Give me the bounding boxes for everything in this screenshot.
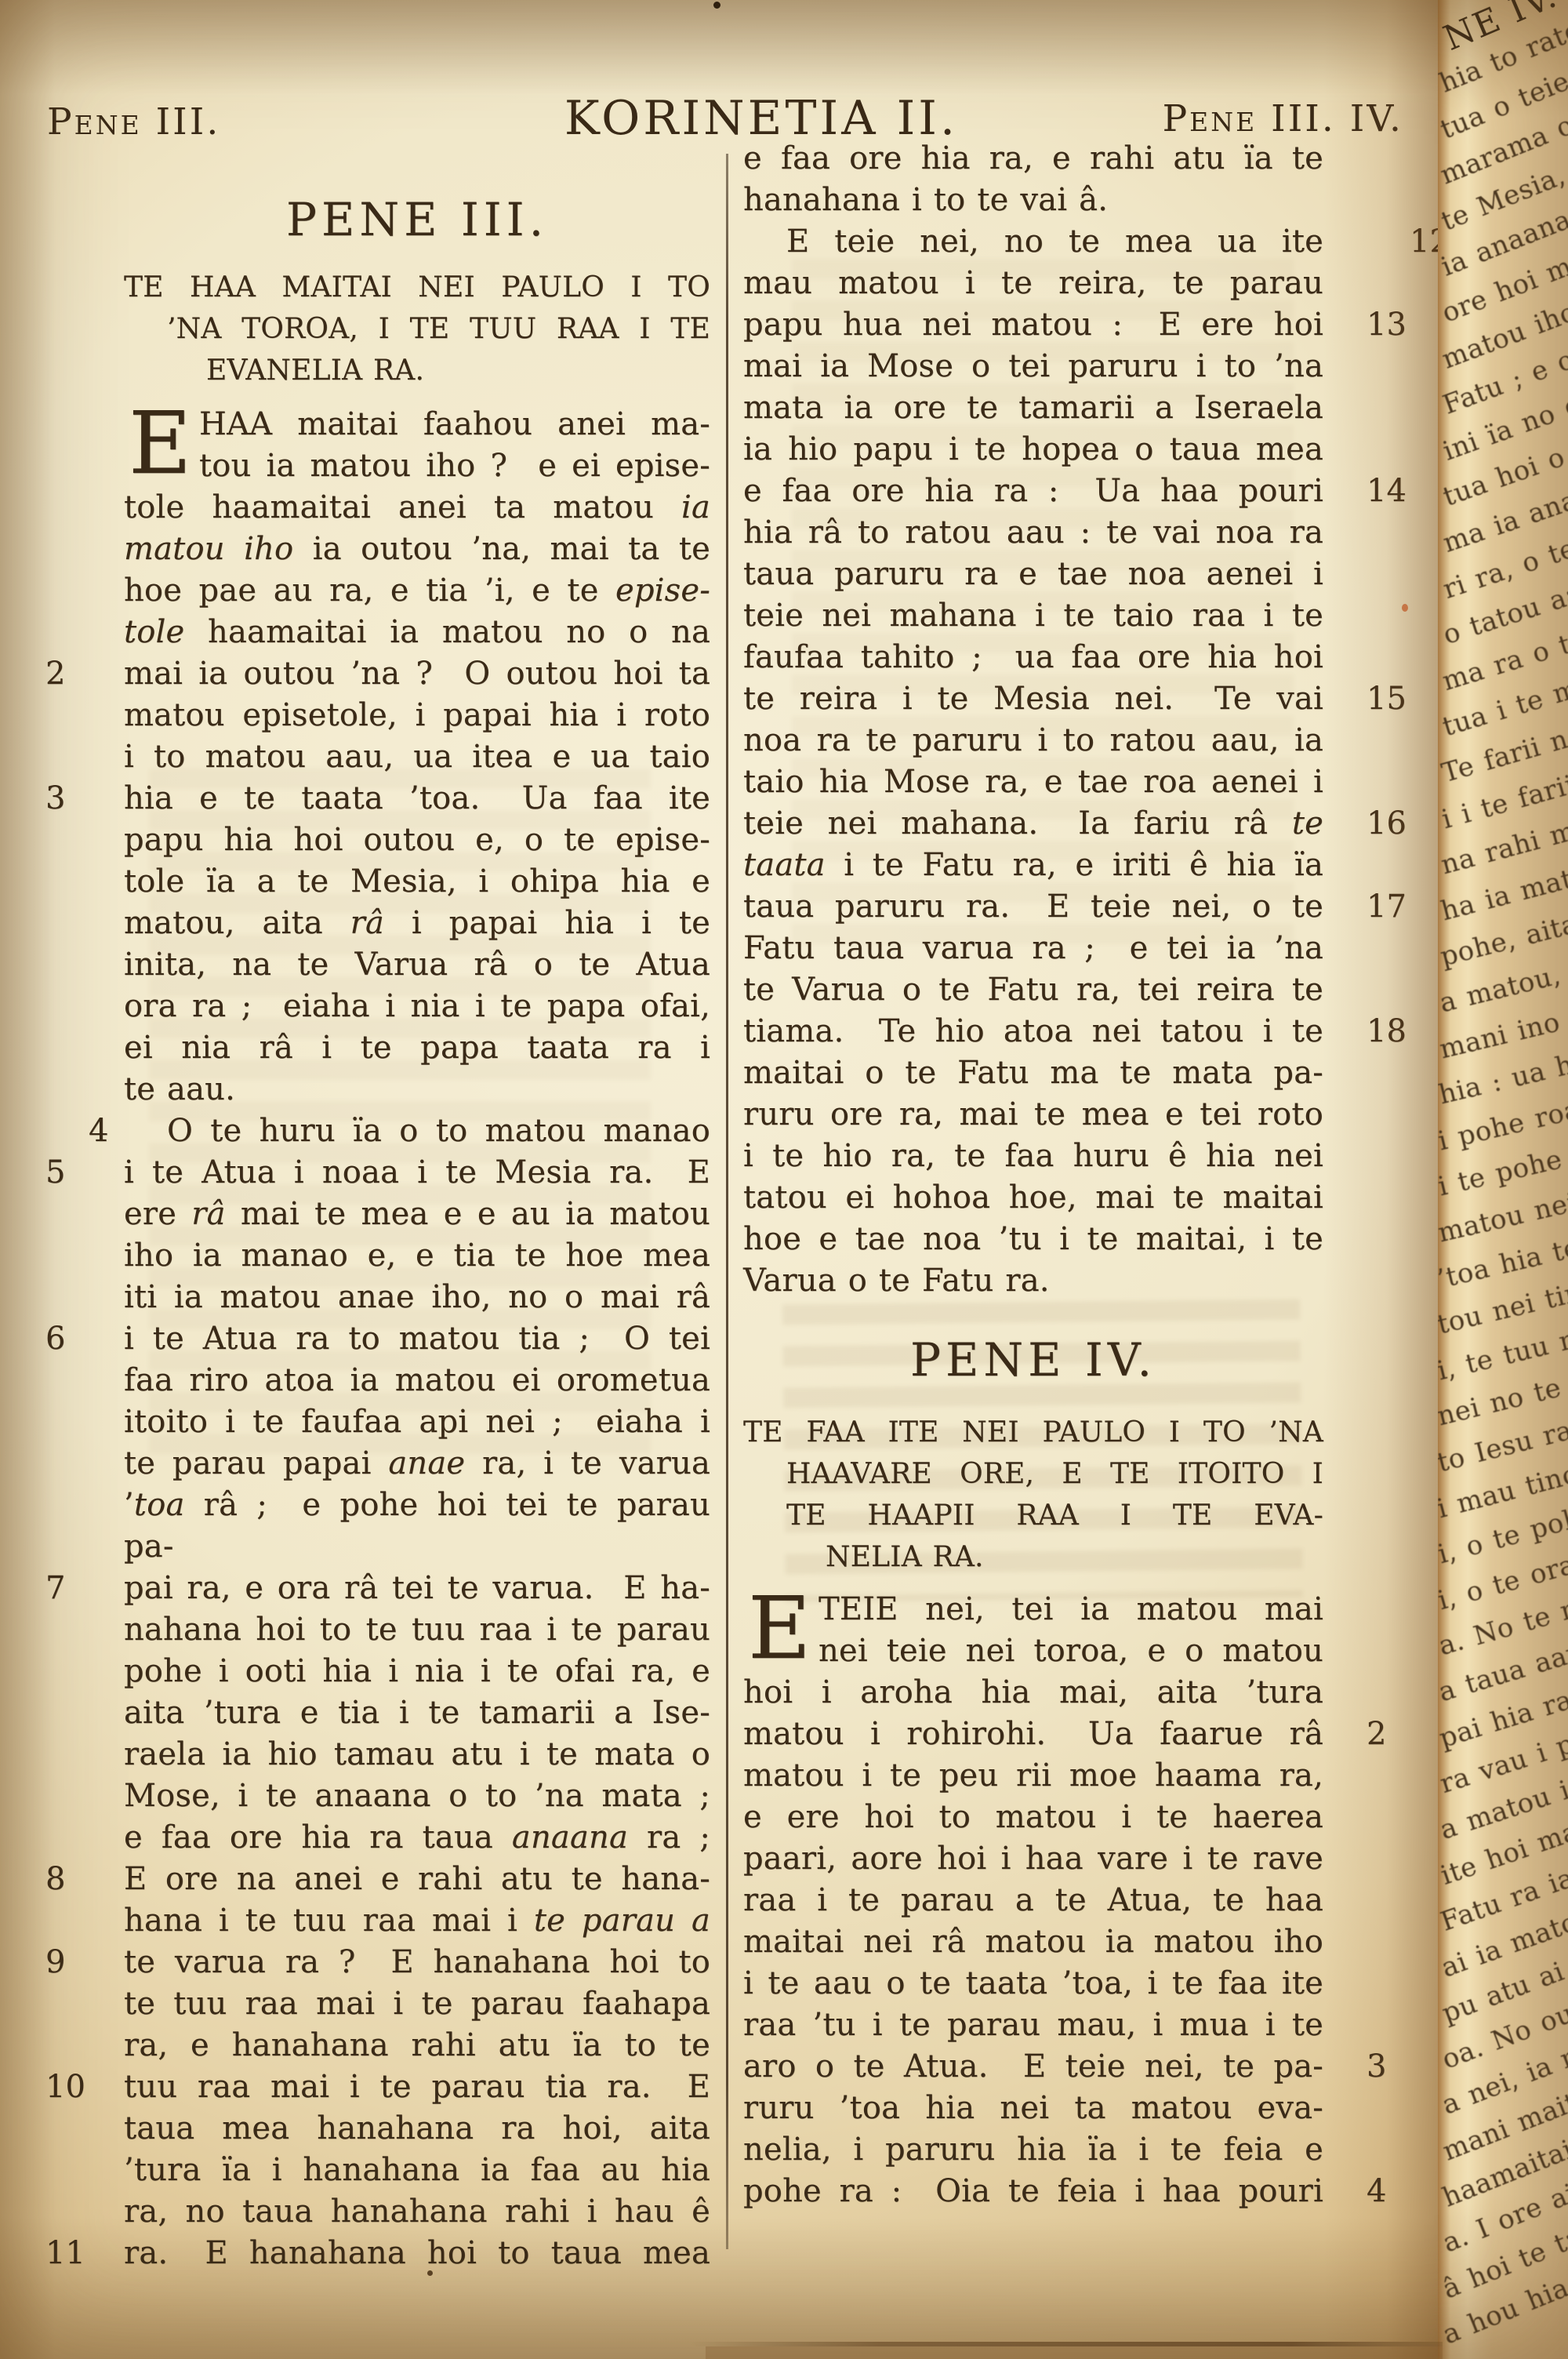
text-line: mau matou i te reira, te parau (743, 263, 1323, 304)
summary-line: HAAVARE ORE, E TE ITOITO I (743, 1453, 1323, 1495)
text-line: te tuu raa mai i te parau faahapa (124, 1983, 710, 2025)
text-line: i te aau o te taata ’toa, i te faa ite (743, 1963, 1323, 2005)
text-line: itoito i te faufaa api nei ; eiaha i (124, 1401, 710, 1443)
verse-number: 8 (45, 1859, 94, 1900)
summary-line: TE HAAPII RAA I TE EVA- (743, 1495, 1323, 1536)
text-line: pohe ra : Oia te feia i haa pouri4 (743, 2171, 1323, 2212)
column-divider-rule (726, 154, 728, 2249)
text-line: pai ra, e ora râ tei te varua. E ha-7 (124, 1568, 710, 1609)
summary-line: EVANELIA RA. (124, 350, 710, 391)
text-line: faa riro atoa ia matou ei orometua (124, 1360, 710, 1401)
text-line: matou, aita râ i papai hia i te (124, 903, 710, 944)
text-line: raela ia hio tamau atu i te mata o (124, 1734, 710, 1776)
text-line: aita ’tura e tia i te tamarii a Ise- (124, 1692, 710, 1734)
verse-number: 16 (1367, 803, 1421, 845)
text-line: taua paruru ra e tae noa aenei i (743, 554, 1323, 595)
text-line: tole haamaitai anei ta matou ia (124, 487, 710, 529)
text-line: Mose, i te anaana o to ’na mata ; (124, 1776, 710, 1817)
text-line: mata ia ore te tamarii a Iseraela (743, 387, 1323, 429)
summary-line: NELIA RA. (743, 1536, 1323, 1578)
text-line: i te Atua ra to matou tia ; O tei6 (124, 1318, 710, 1360)
text-line: matou episetole, i papai hia i roto (124, 695, 710, 736)
text-line: Varua o te Fatu ra. (743, 1260, 1323, 1302)
text-line: i te Atua i noaa i te Mesia ra. E5 (124, 1152, 710, 1194)
text-line: hanahana i to te vai â. (743, 180, 1323, 221)
verse-number: 2 (45, 653, 94, 695)
chapter-text-pene-iv: ETEIE nei, tei ia matou mainei teie nei … (743, 1589, 1323, 2212)
text-line: raa i te parau a te Atua, te haa (743, 1880, 1323, 1921)
text-line: iti ia matou anae iho, no o mai râ (124, 1277, 710, 1318)
text-line: hoe e tae noa ’tu i te maitai, i te (743, 1219, 1323, 1260)
text-line: maitai nei râ matou ia matou iho (743, 1921, 1323, 1963)
text-line: O te huru ïa o to matou manao4 (124, 1110, 710, 1152)
text-line: iho ia manao e, e tia te hoe mea (124, 1235, 710, 1277)
text-line: te aau. (124, 1069, 710, 1110)
text-line: nelia, i paruru hia ïa i te feia e (743, 2129, 1323, 2171)
verse-number: 6 (45, 1318, 94, 1360)
text-line: nei teie nei toroa, e o matou (818, 1630, 1323, 1672)
verse-number: 11 (45, 2233, 94, 2274)
page-fold-shadow (690, 2342, 1443, 2346)
text-line: e ere hoi to matou i te haerea (743, 1797, 1323, 1838)
chapter-summary-pene-iv: TE FAA ITE NEI PAULO I TO ’NAHAAVARE ORE… (743, 1412, 1323, 1578)
text-line: TEIE nei, tei ia matou mai (818, 1589, 1323, 1630)
text-line: hia râ to ratou aau : te vai noa ra (743, 512, 1323, 554)
chapter-heading-pene-iv: PENE IV. (743, 1333, 1323, 1387)
text-line: ruru ore ra, mai te mea e tei roto (743, 1094, 1323, 1136)
verse-number: 15 (1367, 678, 1421, 720)
text-line: taio hia Mose ra, e tae roa aenei i (743, 761, 1323, 803)
text-line: papu hua nei matou : E ere hoi13 (743, 304, 1323, 346)
text-line: taua paruru ra. E teie nei, o te17 (743, 886, 1323, 928)
text-line: Fatu taua varua ra ; e tei ia ’na (743, 928, 1323, 969)
text-line: e faa ore hia ra : Ua haa pouri14 (743, 471, 1323, 512)
text-line: raa ’tu i te parau mau, i mua i te (743, 2005, 1323, 2046)
verse-number: 4 (45, 1110, 94, 1152)
verse-number: 18 (1367, 1011, 1421, 1052)
text-line: ruru ’toa hia nei ta matou eva- (743, 2088, 1323, 2129)
text-line: teie nei mahana. Ia fariu râ te16 (743, 803, 1323, 845)
chapter-text-pene-iii-continued: e faa ore hia ra, e rahi atu ïa tehanaha… (743, 138, 1323, 1302)
text-line: HAA maitai faahou anei ma- (199, 404, 710, 445)
page-bottom-edge (706, 2346, 1443, 2359)
text-line: pohe i ooti hia i nia i te ofai ra, e (124, 1651, 710, 1692)
verse-number: 9 (45, 1942, 94, 1983)
running-head-left: Pene III. (47, 100, 220, 144)
drop-cap-letter: E (124, 405, 196, 481)
verse-number: 12 (1367, 221, 1421, 263)
verse-number: 13 (1367, 304, 1421, 346)
text-line: matou i te peu rii moe haama ra, (743, 1755, 1323, 1797)
text-line: ’tura ïa i hanahana ia faa au hia (124, 2150, 710, 2191)
text-line: ra. E hanahana hoi to taua mea11 (124, 2233, 710, 2274)
verse-number: 3 (1367, 2046, 1421, 2088)
text-line: tole haamaitai ia matou no o na (124, 612, 710, 653)
text-line: tuu raa mai i te parau tia ra. E10 (124, 2066, 710, 2108)
text-line: matou i rohirohi. Ua faarue râ2 (743, 1714, 1323, 1755)
text-line: te parau papai anae ra, i te varua (124, 1443, 710, 1485)
right-column: e faa ore hia ra, e rahi atu ïa tehanaha… (743, 138, 1411, 2212)
text-line: i te hio ra, te faa huru ê hia nei (743, 1136, 1323, 1177)
text-line: ia hio papu i te hopea o taua mea (743, 429, 1323, 471)
summary-line: ’NA TOROA, I TE TUU RAA I TE (124, 308, 710, 350)
text-line: teie nei mahana i te taio raa i te (743, 595, 1323, 637)
text-line: nahana hoi to te tuu raa i te parau (124, 1609, 710, 1651)
text-line: taua mea hanahana ra hoi, aita (124, 2108, 710, 2150)
text-line: inita, na te Varua râ o te Atua (124, 944, 710, 986)
text-line: tou ia matou iho ? e ei epise- (199, 445, 710, 487)
adjacent-page-edge: NE IV. hia to ratoutua o teie nemarama o… (1438, 0, 1568, 2359)
text-line: aro o te Atua. E teie nei, te pa-3 (743, 2046, 1323, 2088)
text-line: te Varua o te Fatu ra, tei reira te (743, 969, 1323, 1011)
text-line: hoi i aroha hia mai, aita ’tura (743, 1672, 1323, 1714)
chapter-heading-pene-iii: PENE III. (124, 193, 710, 246)
book-page-photo: Pene III. KORINETIA II. Pene III. IV. PE… (0, 0, 1568, 2359)
text-line: E ore na anei e rahi atu te hana-8 (124, 1859, 710, 1900)
text-line: tole ïa a te Mesia, i ohipa hia e (124, 861, 710, 903)
text-line: i to matou aau, ua itea e ua taio (124, 736, 710, 778)
text-line: tiama. Te hio atoa nei tatou i te18 (743, 1011, 1323, 1052)
text-line: papu hia hoi outou e, o te epise- (124, 820, 710, 861)
drop-cap-letter: E (743, 1590, 815, 1666)
running-head-right: Pene III. IV. (1163, 97, 1403, 140)
text-line: mai ia Mose o tei paruru i to ’na (743, 346, 1323, 387)
text-line: maitai o te Fatu ma te mata pa- (743, 1052, 1323, 1094)
verse-number: 14 (1367, 471, 1421, 512)
text-line: e faa ore hia ra taua anaana ra ; (124, 1817, 710, 1859)
chapter-summary-pene-iii: TE HAA MAITAI NEI PAULO I TO’NA TOROA, I… (124, 267, 710, 391)
text-line: ’toa râ ; e pohe hoi tei te parau pa- (124, 1485, 710, 1568)
verse-number: 7 (45, 1568, 94, 1609)
verse-number: 2 (1367, 1714, 1421, 1755)
ink-speck (713, 2, 720, 9)
text-line: faufaa tahito ; ua faa ore hia hoi (743, 637, 1323, 678)
text-line: ora ra ; eiaha i nia i te papa ofai, (124, 986, 710, 1027)
summary-line: TE FAA ITE NEI PAULO I TO ’NA (743, 1412, 1323, 1453)
text-line: paari, aore hoi i haa vare i te rave (743, 1838, 1323, 1880)
verse-number: 4 (1367, 2171, 1421, 2212)
text-line: te varua ra ? E hanahana hoi to9 (124, 1942, 710, 1983)
text-line: te reira i te Mesia nei. Te vai15 (743, 678, 1323, 720)
text-line: ra, no taua hanahana rahi i hau ê (124, 2191, 710, 2233)
text-line: hoe pae au ra, e tia ’i, e te epise- (124, 570, 710, 612)
text-line: hia e te taata ’toa. Ua faa ite3 (124, 778, 710, 820)
text-line: ere râ mai te mea e e au ia matou (124, 1194, 710, 1235)
text-line: E teie nei, no te mea ua ite12 (743, 221, 1323, 263)
verse-number: 5 (45, 1152, 94, 1194)
chapter-text-pene-iii: EHAA maitai faahou anei ma-tou ia matou … (124, 404, 710, 2274)
text-line: ra, e hanahana rahi atu ïa to te (124, 2025, 710, 2066)
summary-line: TE HAA MAITAI NEI PAULO I TO (124, 267, 710, 308)
text-line: taata i te Fatu ra, e iriti ê hia ïa (743, 845, 1323, 886)
text-line: e faa ore hia ra, e rahi atu ïa te (743, 138, 1323, 180)
text-line: hana i te tuu raa mai i te parau a (124, 1900, 710, 1942)
verse-number: 17 (1367, 886, 1421, 928)
text-line: mai ia outou ’na ? O outou hoi ta2 (124, 653, 710, 695)
text-line: tatou ei hohoa hoe, mai te maitai (743, 1177, 1323, 1219)
text-line: ei nia râ i te papa taata ra i (124, 1027, 710, 1069)
left-column: PENE III. TE HAA MAITAI NEI PAULO I TO’N… (45, 193, 710, 2274)
text-line: noa ra te paruru i to ratou aau, ia (743, 720, 1323, 761)
verse-number: 3 (45, 778, 94, 820)
verse-number: 10 (45, 2066, 94, 2108)
text-line: matou iho ia outou ’na, mai ta te (124, 529, 710, 570)
